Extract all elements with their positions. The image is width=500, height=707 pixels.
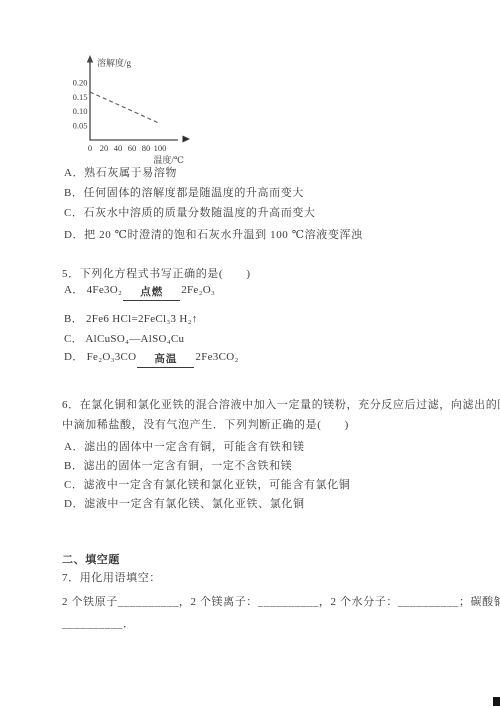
q6-option-c: C．滤液中一定含有氯化镁和氯化亚铁，可能含有氯化铜 (64, 476, 350, 492)
q5-option-d-condition-line: 高温 (137, 351, 194, 368)
q5-option-d-left-formula: Fe₂O₃3CO (87, 351, 137, 363)
q6-stem-line2: 中滴加稀盐酸，没有气泡产生．下列判断正确的是( ) (62, 416, 349, 432)
solubility-chart: 溶解度/g温度/℃0.200.150.100.05020406080100 (72, 50, 207, 170)
q7-blanks-line1: 2 个铁原子__________，2 个镁离子：__________，2 个水分… (62, 593, 500, 609)
q5-option-b: B． 2Fe6 HCl=2FeCl₃3 H₂↑ (64, 310, 198, 326)
svg-text:20: 20 (100, 143, 109, 153)
solubility-chart-svg: 溶解度/g温度/℃0.200.150.100.05020406080100 (72, 50, 207, 170)
q7-stem: 7．用化用语填空： (62, 569, 161, 585)
q7-blanks-line2: __________． (62, 615, 135, 631)
svg-text:80: 80 (142, 143, 151, 153)
q5-option-b-formula: 2Fe6 HCl=2FeCl₃3 H₂↑ (86, 313, 198, 325)
q5-option-d-label: D． (64, 351, 84, 363)
q5-option-b-label: B． (64, 313, 83, 325)
svg-text:溶解度/g: 溶解度/g (97, 57, 132, 68)
svg-text:40: 40 (114, 143, 123, 153)
svg-text:0.10: 0.10 (73, 106, 88, 116)
svg-text:0.15: 0.15 (73, 92, 88, 102)
q4-option-b: B．任何固体的溶解度都是随温度的升高而变大 (64, 184, 304, 200)
svg-text:0.20: 0.20 (73, 78, 88, 88)
q5-option-c-formula: AlCuSO₄—AlSO₄Cu (85, 333, 184, 345)
q5-option-a: A． 4Fe3O₂点燃2Fe₂O₃ (64, 281, 215, 299)
q5-option-c: C． AlCuSO₄—AlSO₄Cu (64, 330, 184, 346)
q5-stem: 5．下列化方程式书写正确的是( ) (62, 265, 251, 281)
svg-text:60: 60 (128, 143, 137, 153)
svg-text:0.05: 0.05 (73, 121, 88, 131)
q5-option-d-condition: 高温 (137, 351, 194, 367)
q5-option-d: D． Fe₂O₃3CO高温2Fe3CO₂ (64, 348, 239, 366)
q5-option-d-right-formula: 2Fe3CO₂ (195, 351, 238, 363)
q5-option-c-label: C． (64, 333, 83, 345)
q4-option-d: D．把 20 ℃时澄清的饱和石灰水升温到 100 ℃溶液变浑浊 (64, 226, 363, 242)
svg-text:100: 100 (154, 143, 167, 153)
q6-option-a: A．滤出的固体中一定含有铜，可能含有铁和镁 (64, 438, 305, 454)
q5-option-a-left-formula: 4Fe3O₂ (87, 284, 123, 296)
q5-option-a-condition: 点燃 (123, 284, 180, 300)
svg-text:0: 0 (88, 143, 92, 153)
scan-corner-mark (493, 697, 500, 706)
q5-option-a-condition-line: 点燃 (123, 284, 180, 301)
q5-option-a-right-formula: 2Fe₂O₃ (181, 284, 215, 296)
q5-option-a-label: A． (64, 284, 84, 296)
q6-stem-line1: 6．在氯化铜和氯化亚铁的混合溶液中加入一定量的镁粉，充分反应后过滤，向滤出的固体 (62, 396, 500, 412)
section2-title: 二、填空题 (62, 551, 120, 567)
q6-option-d: D．滤液中一定含有氯化镁、氯化亚铁、氯化铜 (64, 495, 305, 511)
exam-page: { "chart_data": { "type": "line", "title… (0, 0, 500, 707)
q6-option-b: B．滤出的固体一定含有铜，一定不含铁和镁 (64, 457, 292, 473)
q4-option-a: A．熟石灰属于易溶物 (64, 164, 177, 180)
q4-option-c: C．石灰水中溶质的质量分数随温度的升高而变大 (64, 204, 316, 220)
